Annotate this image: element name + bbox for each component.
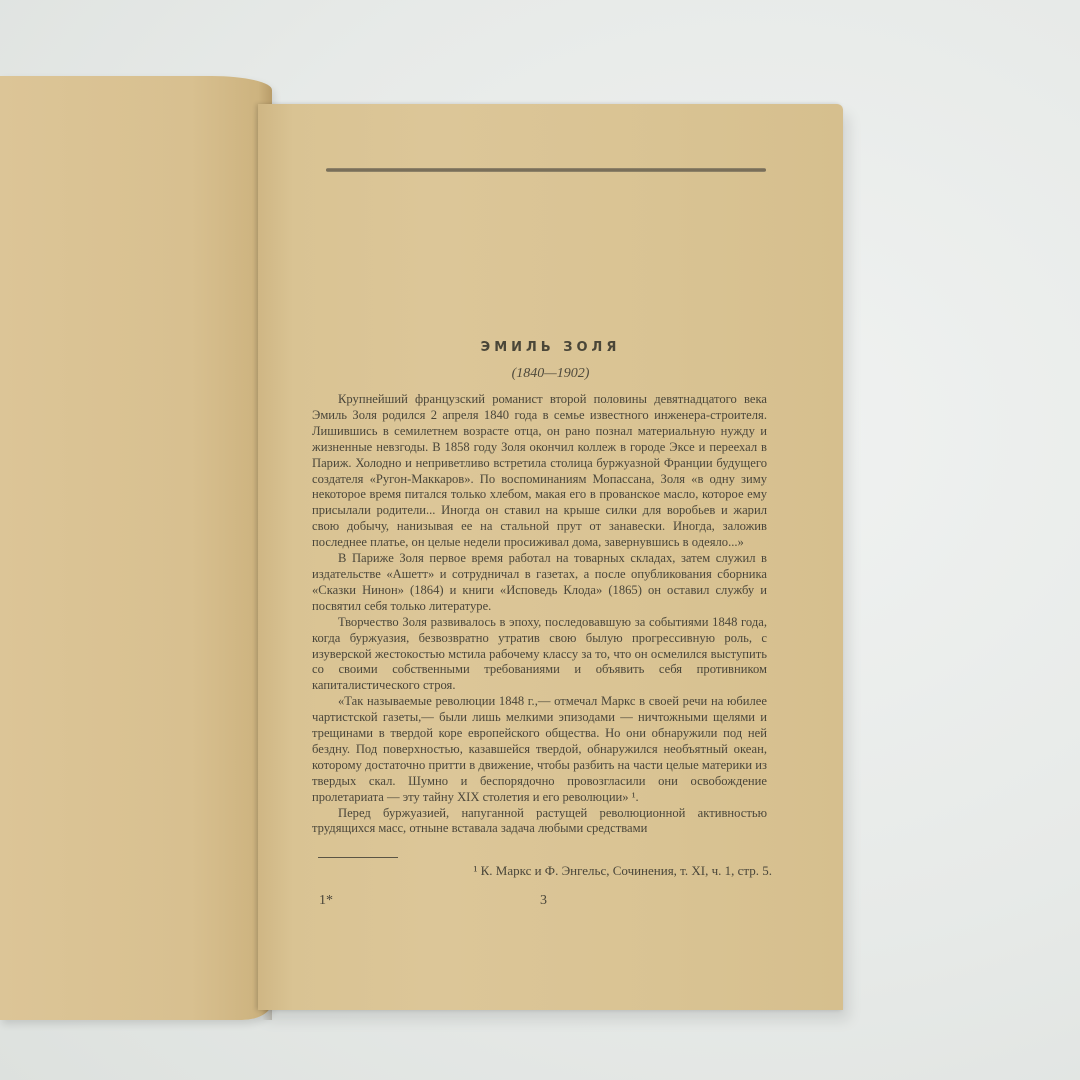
- signature-mark: 1*: [319, 893, 333, 909]
- footnote: ¹ К. Маркс и Ф. Энгельс, Сочинения, т. X…: [342, 863, 772, 879]
- paragraph: В Париже Золя первое время работал на то…: [312, 551, 767, 615]
- page-number: 3: [540, 893, 547, 909]
- header-decorative-rule: [326, 168, 766, 172]
- right-page: ЭМИЛЬ ЗОЛЯ (1840—1902) Крупнейший францу…: [258, 104, 843, 1010]
- paragraph: Творчество Золя развивалось в эпоху, пос…: [312, 615, 767, 695]
- footnote-separator: [318, 857, 398, 858]
- paragraph: Перед буржуазией, напуганной растущей ре…: [312, 806, 767, 838]
- body-text: Крупнейший французский романист второй п…: [312, 392, 767, 837]
- chapter-title: ЭМИЛЬ ЗОЛЯ: [258, 340, 843, 355]
- paragraph: «Так называемые революции 1848 г.,— отме…: [312, 694, 767, 805]
- chapter-dates: (1840—1902): [258, 366, 843, 382]
- paragraph: Крупнейший французский романист второй п…: [312, 392, 767, 551]
- left-page-blank: [0, 76, 272, 1020]
